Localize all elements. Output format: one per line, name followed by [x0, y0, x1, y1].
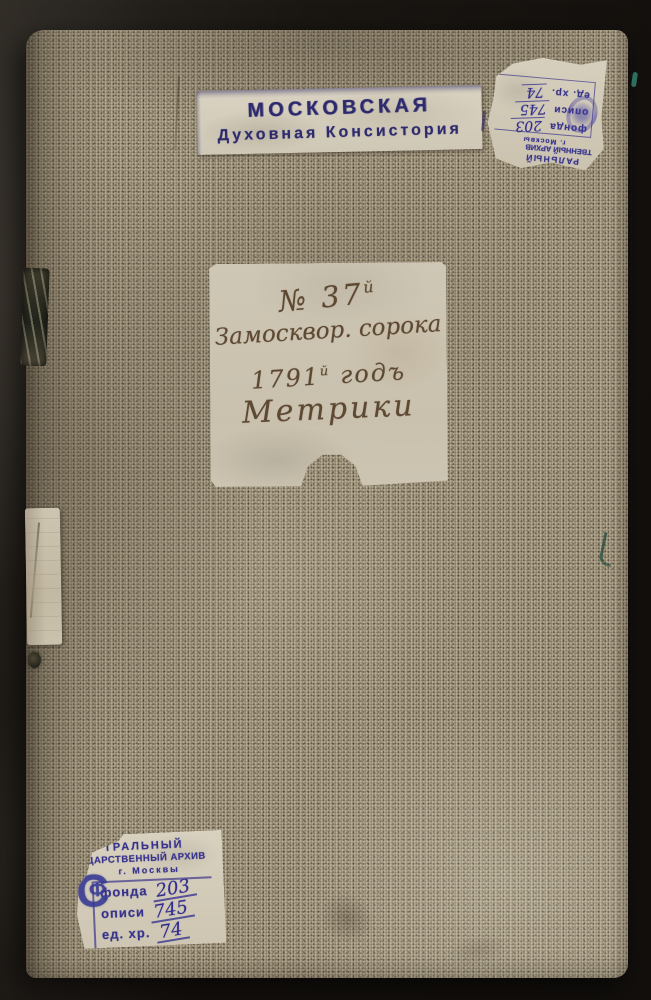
teal-edge-mark	[631, 72, 638, 88]
stamp-ed-label: ед. хр.	[102, 925, 151, 942]
torn-ed-value: 74	[522, 83, 547, 97]
consistory-line1: МОСКОВСКАЯ	[196, 93, 482, 125]
torn-opis-value: 745	[516, 100, 550, 114]
stamp-ed-value: 74	[154, 921, 189, 943]
label-archive-torn: РАЛЬНЫЙ ТВЕННЫЙ АРХИВ г. Москвы фонда 20…	[486, 56, 607, 171]
title-number: 37	[319, 277, 365, 315]
straw-fiber	[174, 77, 180, 151]
spine-paper-patch	[25, 508, 62, 646]
ink-mark	[481, 111, 486, 131]
consistory-line2: Духовная Консистория	[197, 120, 482, 146]
torn-fond-value: 203	[511, 117, 545, 131]
spine-stitch-knot	[28, 652, 41, 668]
monogram-f: Ф	[89, 880, 107, 901]
teal-ink-mark	[598, 532, 618, 567]
photo-backdrop: МОСКОВСКАЯ Духовная Консистория РАЛЬНЫЙ …	[0, 0, 651, 1000]
title-number-sup: й	[362, 277, 377, 297]
label-consistory: МОСКОВСКАЯ Духовная Консистория	[196, 85, 482, 155]
title-year: 1791	[250, 363, 321, 395]
dirt-smudge	[444, 930, 512, 971]
title-year-word: годъ	[330, 357, 407, 390]
dirt-smudge	[309, 882, 384, 954]
spine-stitch-repair	[20, 268, 49, 367]
spine-thread	[30, 522, 40, 618]
book-cover: МОСКОВСКАЯ Духовная Консистория РАЛЬНЫЙ …	[26, 30, 628, 978]
title-number-sign: №	[277, 282, 311, 319]
label-archive-stamp: ТРАЛЬНЫЙ ДАРСТВЕННЫЙ АРХИВ г. Москвы фон…	[74, 830, 227, 949]
archive-monogram-stamp: С Ф	[75, 867, 110, 914]
label-title: № 37й Замосквор. сорока 1791й годъ Метри…	[209, 262, 448, 487]
